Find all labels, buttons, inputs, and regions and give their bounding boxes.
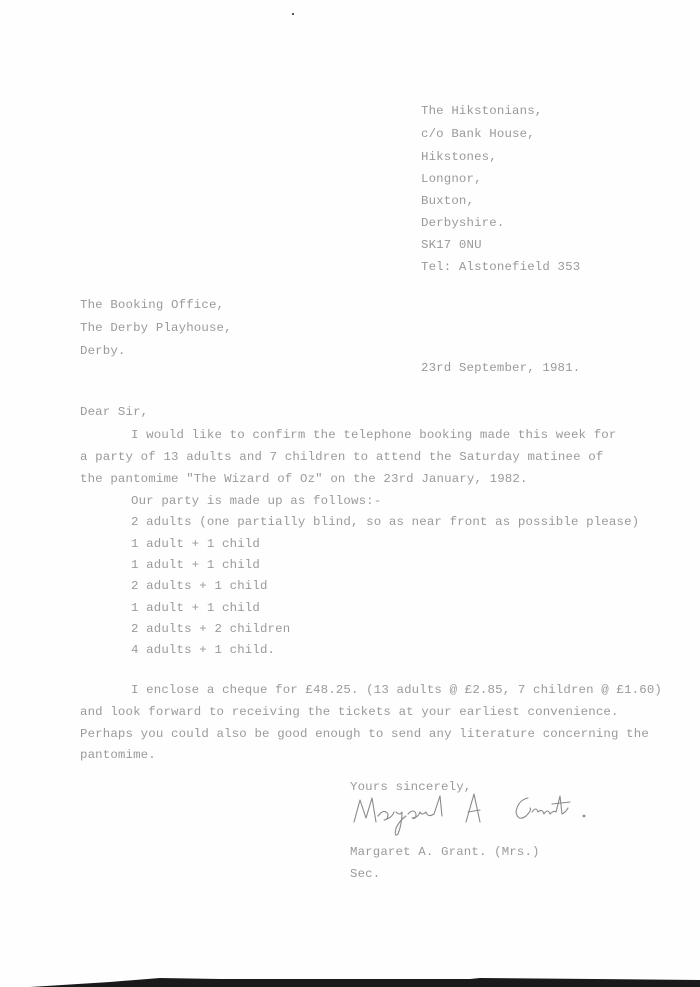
body-paragraph-2-line: and look forward to receiving the ticket…: [80, 705, 619, 719]
party-item: 2 adults + 2 children: [131, 622, 290, 636]
party-item: 1 adult + 1 child: [131, 601, 260, 615]
sender-line: Longnor,: [421, 172, 482, 186]
handwritten-signature: [348, 782, 608, 842]
letter-date: 23rd September, 1981.: [421, 361, 580, 375]
sender-postcode: SK17 0NU: [421, 238, 482, 252]
body-paragraph-1-line: a party of 13 adults and 7 children to a…: [80, 450, 603, 464]
signatory-name: Margaret A. Grant. (Mrs.): [350, 845, 540, 859]
body-paragraph-2-line: I enclose a cheque for £48.25. (13 adult…: [131, 683, 662, 697]
body-paragraph-2-line: Perhaps you could also be good enough to…: [80, 727, 649, 741]
party-item: 1 adult + 1 child: [131, 558, 260, 572]
signatory-title: Sec.: [350, 867, 380, 881]
party-intro: Our party is made up as follows:-: [131, 494, 381, 508]
sender-line: c/o Bank House,: [421, 127, 535, 141]
sender-line: Derbyshire.: [421, 216, 504, 230]
recipient-line: Derby.: [80, 344, 126, 358]
salutation: Dear Sir,: [80, 405, 148, 419]
party-item: 2 adults + 1 child: [131, 579, 268, 593]
party-item: 4 adults + 1 child.: [131, 643, 275, 657]
sender-line: The Hikstonians,: [421, 104, 542, 118]
sender-line: Hikstones,: [421, 150, 497, 164]
scan-bottom-edge: [0, 976, 700, 987]
paper-speck: [292, 13, 294, 15]
body-paragraph-1-line: I would like to confirm the telephone bo…: [131, 428, 616, 442]
recipient-line: The Booking Office,: [80, 298, 224, 312]
letter-page: The Hikstonians, c/o Bank House, Hikston…: [0, 0, 700, 987]
recipient-line: The Derby Playhouse,: [80, 321, 232, 335]
body-paragraph-2-line: pantomime.: [80, 748, 156, 762]
body-paragraph-1-line: the pantomime "The Wizard of Oz" on the …: [80, 472, 528, 486]
sender-line: Buxton,: [421, 194, 474, 208]
party-item: 1 adult + 1 child: [131, 537, 260, 551]
sender-telephone: Tel: Alstonefield 353: [421, 260, 580, 274]
party-item: 2 adults (one partially blind, so as nea…: [131, 515, 639, 529]
